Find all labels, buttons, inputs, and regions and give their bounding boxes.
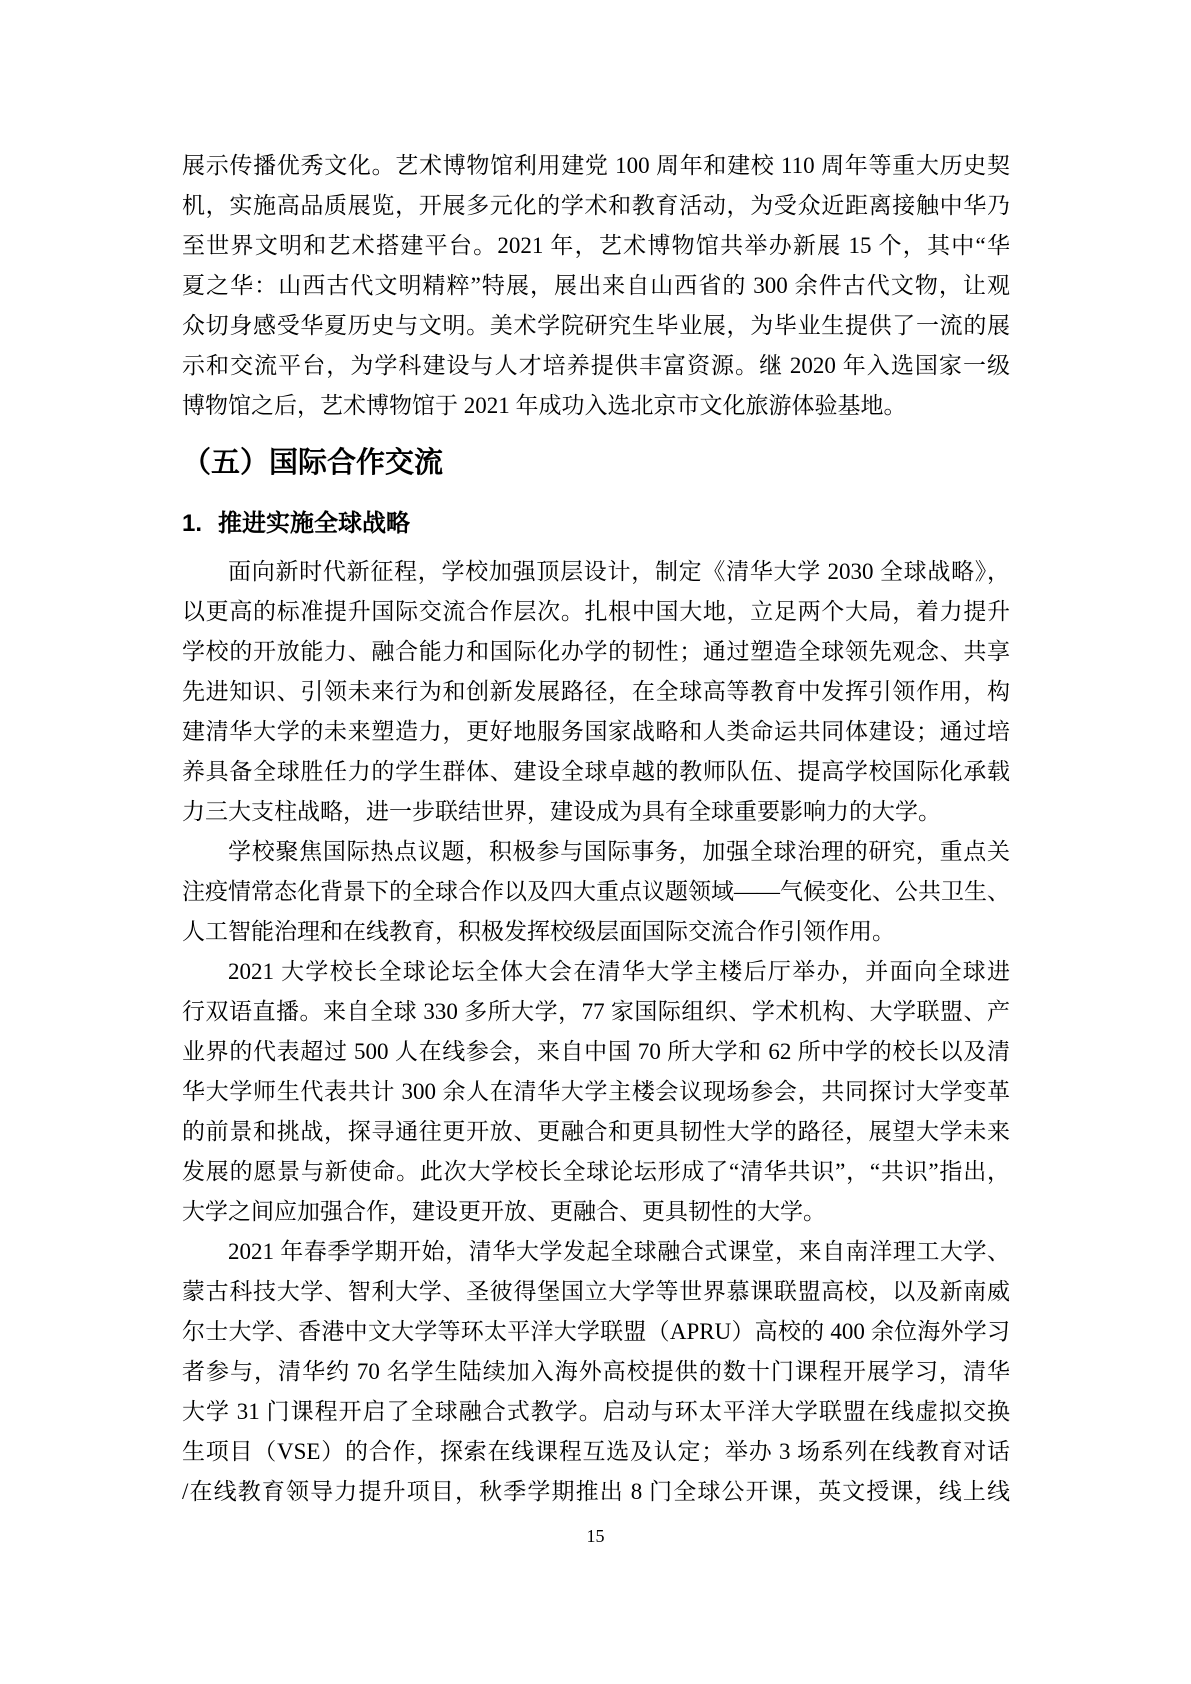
text-line: 建清华大学的未来塑造力，更好地服务国家战略和人类命运共同体建设；通过培: [182, 712, 1010, 752]
subsection-title: 推进实施全球战略: [218, 510, 410, 537]
text-line: 大学之间应加强合作，建设更开放、更融合、更具韧性的大学。: [182, 1192, 1010, 1232]
text-line: 力三大支柱战略，进一步联结世界，建设成为具有全球重要影响力的大学。: [182, 792, 1010, 832]
text-line: 学校聚焦国际热点议题，积极参与国际事务，加强全球治理的研究，重点关: [182, 832, 1010, 872]
text-line: 夏之华：山西古代文明精粹”特展，展出来自山西省的 300 余件古代文物，让观: [182, 266, 1010, 306]
text-line: 的前景和挑战，探寻通往更开放、更融合和更具韧性大学的路径，展望大学未来: [182, 1112, 1010, 1152]
text-line: 行双语直播。来自全球 330 多所大学，77 家国际组织、学术机构、大学联盟、产: [182, 992, 1010, 1032]
paragraph-presidents-forum: 2021 大学校长全球论坛全体大会在清华大学主楼后厅举办，并面向全球进 行双语直…: [182, 952, 1010, 1232]
paragraph-museum: 展示传播优秀文化。艺术博物馆利用建党 100 周年和建校 110 周年等重大历史…: [182, 146, 1010, 426]
text-line: 学校的开放能力、融合能力和国际化办学的韧性；通过塑造全球领先观念、共享: [182, 632, 1010, 672]
text-line: 尔士大学、香港中文大学等环太平洋大学联盟（APRU）高校的 400 余位海外学习: [182, 1312, 1010, 1352]
page-number: 15: [0, 1524, 1191, 1548]
text-line: 面向新时代新征程，学校加强顶层设计，制定《清华大学 2030 全球战略》，: [182, 552, 1010, 592]
text-line: /在线教育领导力提升项目，秋季学期推出 8 门全球公开课，英文授课，线上线: [182, 1472, 1010, 1512]
text-line: 众切身感受华夏历史与文明。美术学院研究生毕业展，为毕业生提供了一流的展: [182, 306, 1010, 346]
text-line: 人工智能治理和在线教育，积极发挥校级层面国际交流合作引领作用。: [182, 912, 1010, 952]
subsection-number: 1.: [182, 510, 202, 537]
text-line: 者参与，清华约 70 名学生陆续加入海外高校提供的数十门课程开展学习，清华: [182, 1352, 1010, 1392]
text-line: 蒙古科技大学、智利大学、圣彼得堡国立大学等世界慕课联盟高校，以及新南威: [182, 1272, 1010, 1312]
text-line: 生项目（VSE）的合作，探索在线课程互选及认定；举办 3 场系列在线教育对话: [182, 1432, 1010, 1472]
text-line: 发展的愿景与新使命。此次大学校长全球论坛形成了“清华共识”，“共识”指出，: [182, 1152, 1010, 1192]
text-line: 示和交流平台，为学科建设与人才培养提供丰富资源。继 2020 年入选国家一级: [182, 346, 1010, 386]
paragraph-global-strategy: 面向新时代新征程，学校加强顶层设计，制定《清华大学 2030 全球战略》， 以更…: [182, 552, 1010, 832]
text-line: 业界的代表超过 500 人在线参会，来自中国 70 所大学和 62 所中学的校长…: [182, 1032, 1010, 1072]
text-line: 华大学师生代表共计 300 余人在清华大学主楼会议现场参会，共同探讨大学变革: [182, 1072, 1010, 1112]
section-heading: （五）国际合作交流: [182, 442, 1010, 484]
paragraph-global-hybrid-classroom: 2021 年春季学期开始，清华大学发起全球融合式课堂，来自南洋理工大学、 蒙古科…: [182, 1232, 1010, 1512]
text-line: 先进知识、引领未来行为和创新发展路径，在全球高等教育中发挥引领作用，构: [182, 672, 1010, 712]
text-line: 注疫情常态化背景下的全球合作以及四大重点议题领域——气候变化、公共卫生、: [182, 872, 1010, 912]
text-line: 至世界文明和艺术搭建平台。2021 年，艺术博物馆共举办新展 15 个，其中“华: [182, 226, 1010, 266]
text-line: 以更高的标准提升国际交流合作层次。扎根中国大地，立足两个大局，着力提升: [182, 592, 1010, 632]
text-line: 大学 31 门课程开启了全球融合式教学。启动与环太平洋大学联盟在线虚拟交换: [182, 1392, 1010, 1432]
subsection-heading: 1.推进实施全球战略: [182, 504, 1010, 544]
text-line: 展示传播优秀文化。艺术博物馆利用建党 100 周年和建校 110 周年等重大历史…: [182, 146, 1010, 186]
text-line: 博物馆之后，艺术博物馆于 2021 年成功入选北京市文化旅游体验基地。: [182, 386, 1010, 426]
paragraph-international-hotspots: 学校聚焦国际热点议题，积极参与国际事务，加强全球治理的研究，重点关 注疫情常态化…: [182, 832, 1010, 952]
text-line: 2021 年春季学期开始，清华大学发起全球融合式课堂，来自南洋理工大学、: [182, 1232, 1010, 1272]
text-line: 2021 大学校长全球论坛全体大会在清华大学主楼后厅举办，并面向全球进: [182, 952, 1010, 992]
text-line: 养具备全球胜任力的学生群体、建设全球卓越的教师队伍、提高学校国际化承载: [182, 752, 1010, 792]
text-line: 机，实施高品质展览，开展多元化的学术和教育活动，为受众近距离接触中华乃: [182, 186, 1010, 226]
document-page: 展示传播优秀文化。艺术博物馆利用建党 100 周年和建校 110 周年等重大历史…: [0, 0, 1191, 1684]
